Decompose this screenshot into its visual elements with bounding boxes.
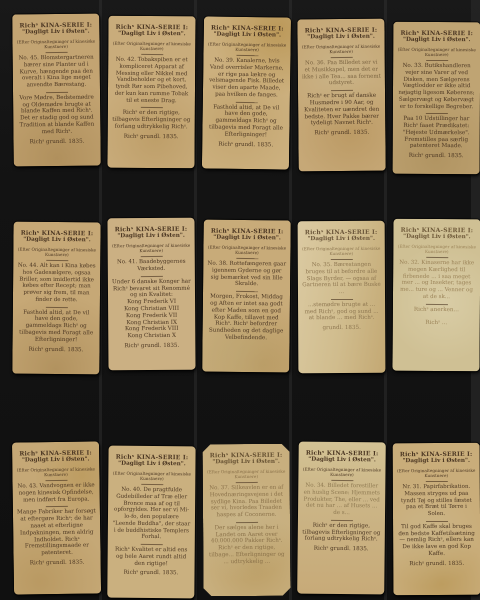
card-series-title: "Dagligt Liv i Østen". <box>397 234 476 242</box>
card-advert-text: Der sælges alene her i Landet om Aaret o… <box>207 525 286 566</box>
card-description-text: No. 36. Paa Billedet ser vi et Musikkape… <box>302 60 381 88</box>
card-description-text: No. 34. Billedet forestiller en huslig S… <box>302 483 381 517</box>
trading-card-back: Richˢ KINA-SERIE I: "Dagligt Liv i Østen… <box>393 22 480 174</box>
card-founded-footer: Richˢ grundl. 1835. <box>18 560 97 567</box>
card-description-text: Nr. 31. Papirfabrikation. Massen stryges… <box>397 484 476 518</box>
divider-rule <box>330 520 352 521</box>
card-advert-text: Fasthold altid, at De vil have den gode,… <box>206 104 285 139</box>
card-advert-text: Morgen, Frokost, Middag og Aften er inte… <box>207 294 286 343</box>
card-subtitle: (Efter Originaltegninger af kinesiske Ku… <box>16 38 95 49</box>
divider-rule <box>140 107 162 108</box>
card-subtitle: (Efter Originaltegninger af kinesiske Ku… <box>302 43 381 54</box>
card-advert-text: Mange Fabriker har forsøgt at eftergøre … <box>17 509 97 558</box>
trading-card-back: Richˢ KINA-SERIE I: "Dagligt Liv i Østen… <box>392 219 480 372</box>
card-advert-text: Richˢ anerken... Richˢ ... <box>397 306 476 327</box>
divider-rule <box>426 60 448 61</box>
card-subtitle: (Efter Originaltegninger af kinesiske Ku… <box>302 466 381 477</box>
divider-rule <box>140 276 162 277</box>
card-description-text: No. 40. De pragtfulde Gudebilleder af Tr… <box>112 487 191 541</box>
divider-rule <box>45 480 67 481</box>
divider-rule <box>45 506 67 507</box>
card-description-text: No. 43. Vandvognen er ikke nogen kinesis… <box>17 483 96 504</box>
card-series-title: "Dagligt Liv i Østen". <box>207 459 286 467</box>
trading-card-back: Richˢ KINA-SERIE I: "Dagligt Liv i Østen… <box>393 443 480 595</box>
card-row-2: Richˢ KINA-SERIE I: "Dagligt Liv i Østen… <box>0 218 480 370</box>
trading-card-back: Richˢ KINA-SERIE I: "Dagligt Liv i Østen… <box>202 444 290 597</box>
card-advert-text: Paa 10 Udstillinger har Richˢ faaet Præd… <box>397 116 476 150</box>
card-founded-footer: Richˢ grundl. 1835. <box>302 546 381 553</box>
card-description-text: No. 38. Rottefængeren gaar igennem Gyder… <box>207 261 286 289</box>
card-subtitle: (Efter Originaltegninger af kinesiske Ku… <box>112 41 191 52</box>
card-founded-footer: grundl. 1835. <box>302 325 381 331</box>
card-series-title: "Dagligt Liv i Østen". <box>112 31 191 39</box>
card-advert-text: ...stemødre brugte at ... med Richˢ, god… <box>302 302 381 323</box>
card-series-title: "Dagligt Liv i Østen". <box>16 457 95 465</box>
divider-rule <box>236 291 258 292</box>
trading-card-back: Richˢ KINA-SERIE I: "Dagligt Liv i Østen… <box>107 218 195 371</box>
trading-card-back: Richˢ KINA-SERIE I: "Dagligt Liv i Østen… <box>107 16 195 169</box>
divider-rule <box>140 544 162 545</box>
card-description-text: No. 35. Bærestangen bruges til at beford… <box>302 262 381 296</box>
card-advert-text: Richˢ er den rigtige, tilbagevis Efterli… <box>112 110 191 131</box>
divider-rule <box>236 258 258 259</box>
divider-rule <box>140 256 162 257</box>
card-founded-footer: Richˢ grundl. 1835. <box>18 138 97 145</box>
divider-rule <box>331 90 353 91</box>
divider-rule <box>46 92 68 93</box>
trading-card-back: Richˢ KINA-SERIE I: "Dagligt Liv i Østen… <box>107 446 195 599</box>
trading-card-back: Richˢ KINA-SERIE I: "Dagligt Liv i Østen… <box>12 441 101 594</box>
card-founded-footer: Richˢ grundl. 1835. <box>206 141 285 148</box>
card-founded-footer <box>206 344 285 345</box>
card-subtitle: (Efter Originaltegninger af kinesiske Ku… <box>397 47 476 58</box>
divider-rule <box>425 113 447 114</box>
divider-rule <box>46 260 68 261</box>
divider-rule <box>141 54 163 55</box>
divider-rule <box>330 57 352 58</box>
divider-rule <box>235 482 257 483</box>
trading-card-back: Richˢ KINA-SERIE I: "Dagligt Liv i Østen… <box>12 222 100 375</box>
card-advert-text: Vore Mødre, Bedstemødre og Oldemødre bru… <box>17 94 96 136</box>
divider-rule <box>45 306 67 307</box>
card-founded-footer: Richˢ grundl. 1835. <box>112 133 191 140</box>
card-series-title: "Dagligt Liv i Østen". <box>17 237 96 245</box>
trading-card-back: Richˢ KINA-SERIE I: "Dagligt Liv i Østen… <box>297 442 386 595</box>
card-series-title: "Dagligt Liv i Østen". <box>302 34 381 42</box>
card-subtitle: (Efter Originaltegninger af kinesiske Ku… <box>397 244 476 255</box>
divider-rule <box>330 259 352 260</box>
trading-card-back: Richˢ KINA-SERIE I: "Dagligt Liv i Østen… <box>298 221 386 373</box>
divider-rule <box>235 101 257 102</box>
card-description-text: No. 39. Kanalerne, hvis Vand overrisler … <box>207 58 287 99</box>
album-page: Richˢ KINA-SERIE I: "Dagligt Liv i Østen… <box>0 0 480 600</box>
divider-rule <box>141 484 163 485</box>
card-founded-footer: Richˢ grundl. 1835. <box>302 130 381 137</box>
card-description-text: No. 41. Baadebyggernes Værksted. <box>112 259 191 273</box>
trading-card-back: Richˢ KINA-SERIE I: "Dagligt Liv i Østen… <box>12 14 101 167</box>
divider-rule <box>426 521 448 522</box>
card-subtitle: (Efter Originaltegninger af kinesiske Ku… <box>207 244 286 255</box>
card-founded-footer: Richˢ grundl. 1835. <box>112 343 191 350</box>
card-description-text: No. 32. Kinaserne har ikke megen Kærligh… <box>397 260 476 301</box>
card-subtitle: (Efter Originaltegninger af kinesiske Ku… <box>112 470 191 481</box>
trading-card-back: Richˢ KINA-SERIE I: "Dagligt Liv i Østen… <box>202 220 291 373</box>
card-founded-footer: Richˢ grundl. 1835. <box>397 561 476 567</box>
trading-card-back: Richˢ KINA-SERIE I: "Dagligt Liv i Østen… <box>297 19 385 172</box>
card-series-title: "Dagligt Liv i Østen". <box>112 461 191 469</box>
divider-rule <box>331 480 353 481</box>
card-founded-footer: Richˢ grundl. 1835. <box>397 153 476 159</box>
card-subtitle: (Efter Originaltegninger af kinesiske Ku… <box>397 468 476 479</box>
card-subtitle: (Efter Originaltegninger af kinesiske Ku… <box>302 246 381 257</box>
divider-rule <box>331 299 353 300</box>
card-series-title: "Dagligt Liv i Østen". <box>397 37 476 45</box>
card-founded-footer: Richˢ grundl. 1835. <box>16 346 95 353</box>
card-description-text: No. 42. Tobakspiben er et kompliceret Ap… <box>112 57 191 104</box>
card-founded-footer: Richˢ grundl. 1835. <box>111 570 190 577</box>
card-founded-footer <box>207 568 286 569</box>
card-advert-text: Richˢ Kvalitet er altid ens og hele Aare… <box>112 547 191 568</box>
card-advert-text: Richˢ er brugt af danske Husmødre i 90 A… <box>302 93 381 128</box>
divider-rule <box>425 481 447 482</box>
card-advert-text: Under 6 danske Konger har Richˢ bevaret … <box>112 278 191 340</box>
divider-rule <box>236 55 258 56</box>
card-series-title: "Dagligt Liv i Østen". <box>112 233 191 241</box>
card-subtitle: (Efter Originaltegninger af kinesiske Ku… <box>208 41 287 53</box>
card-series-title: "Dagligt Liv i Østen". <box>303 457 382 465</box>
divider-rule <box>425 303 447 304</box>
card-founded-footer <box>397 330 476 331</box>
divider-rule <box>236 522 258 523</box>
card-row-3: Richˢ KINA-SERIE I: "Dagligt Liv i Østen… <box>0 440 480 592</box>
card-subtitle: (Efter Originaltegninger af kinesiske Ku… <box>17 246 96 257</box>
card-description-text: No. 37. Silkeavlen er en af Hovednærings… <box>207 485 286 519</box>
trading-card-back: Richˢ KINA-SERIE I: "Dagligt Liv i Østen… <box>202 16 291 169</box>
card-subtitle: (Efter Originaltegninger af kinesiske Ku… <box>207 469 286 480</box>
divider-rule <box>426 257 448 258</box>
card-description-text: No. 33. Butikshandleren vejer sine Varer… <box>397 63 476 110</box>
card-series-title: "Dagligt Liv i Østen". <box>208 235 287 243</box>
card-advert-text: Richˢ er den rigtige, tilbagevis Efterli… <box>302 522 381 543</box>
card-series-title: "Dagligt Liv i Østen". <box>16 29 95 37</box>
card-advert-text: Fasthold altid, at De vil have den gode,… <box>17 309 96 344</box>
card-series-title: "Dagligt Liv i Østen". <box>397 458 476 466</box>
divider-rule <box>45 52 67 53</box>
card-subtitle: (Efter Originaltegninger af kinesiske Ku… <box>112 243 191 254</box>
card-series-title: "Dagligt Liv i Østen". <box>302 236 381 244</box>
card-subtitle: (Efter Originaltegninger af kinesiske Ku… <box>16 466 95 478</box>
card-series-title: "Dagligt Liv i Østen". <box>208 32 287 40</box>
card-description-text: No. 44. Alt kan i Kina købes hos Gadesæl… <box>17 263 96 304</box>
card-advert-text: Til god Kaffe skal bruges den bedste Kaf… <box>397 524 476 558</box>
card-row-1: Richˢ KINA-SERIE I: "Dagligt Liv i Østen… <box>0 0 480 166</box>
card-description-text: No. 45. Blomstergartneren bærer sine Pla… <box>17 55 96 89</box>
